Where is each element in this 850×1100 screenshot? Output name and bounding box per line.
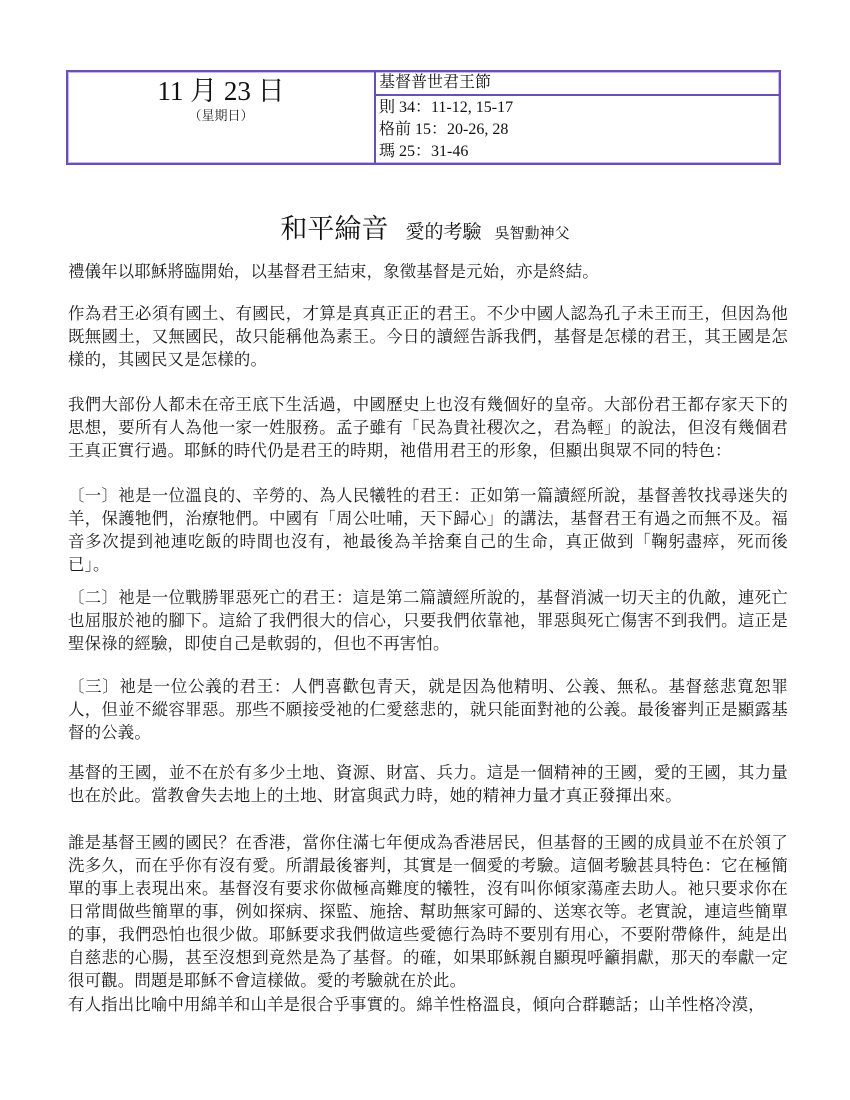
reading-gospel: 瑪 25：31-46 xyxy=(379,141,779,163)
paragraph-2-container: 作為君王必須有國土、有國民，才算是真真正正的君王。不少中國人認為孔子未王而王，但… xyxy=(68,302,788,371)
paragraph: 禮儀年以耶穌將臨開始，以基督君王結束，象徵基督是元始，亦是終結。 xyxy=(68,260,788,283)
paragraph-4-container: 〔一〕祂是一位溫良的、辛勞的、為人民犧牲的君王：正如第一篇讀經所說，基督善牧找尋… xyxy=(68,484,788,576)
paragraph-9-container: 有人指出比喻中用綿羊和山羊是很合乎事實的。綿羊性格溫良，傾向合群聽話；山羊性格冷… xyxy=(68,993,788,1016)
weekday: （星期日） xyxy=(68,108,374,126)
reading-first: 則 34：11-12, 15-17 xyxy=(379,97,779,119)
feast-name: 基督普世君王節 xyxy=(376,72,779,96)
paragraph: 我們大部份人都未在帝王底下生活過，中國歷史上也沒有幾個好的皇帝。大部份君王都存家… xyxy=(68,393,788,462)
column-title: 和平綸音 xyxy=(280,214,388,245)
article-title: 和平綸音 愛的考驗 吳智勳神父 xyxy=(0,207,850,246)
paragraph-6-container: 〔三〕祂是一位公義的君王：人們喜歡包青天，就是因為他精明、公義、無私。基督慈悲寬… xyxy=(68,675,788,744)
feast-readings-cell: 基督普世君王節 則 34：11-12, 15-17 格前 15：20-26, 2… xyxy=(376,72,779,163)
paragraph-5-container: 〔二〕祂是一位戰勝罪惡死亡的君王：這是第二篇讀經所說的，基督消滅一切天主的仇敵，… xyxy=(68,586,788,655)
paragraph-7-container: 基督的王國，並不在於有多少土地、資源、財富、兵力。這是一個精神的王國，愛的王國，… xyxy=(68,761,788,807)
paragraph-8-container: 誰是基督王國的國民？在香港，當你住滿七年便成為香港居民，但基督的王國的成員並不在… xyxy=(68,831,788,992)
liturgy-header-table: 11 月 23 日 （星期日） 基督普世君王節 則 34：11-12, 15-1… xyxy=(66,70,781,165)
author: 吳智勳神父 xyxy=(495,224,570,242)
paragraph: 誰是基督王國的國民？在香港，當你住滿七年便成為香港居民，但基督的王國的成員並不在… xyxy=(68,831,788,992)
date-cell: 11 月 23 日 （星期日） xyxy=(68,72,376,163)
reading-second: 格前 15：20-26, 28 xyxy=(379,119,779,141)
date: 11 月 23 日 xyxy=(68,76,374,106)
paragraph: 〔三〕祂是一位公義的君王：人們喜歡包青天，就是因為他精明、公義、無私。基督慈悲寬… xyxy=(68,675,788,744)
paragraph-3-container: 我們大部份人都未在帝王底下生活過，中國歷史上也沒有幾個好的皇帝。大部份君王都存家… xyxy=(68,393,788,462)
readings-list: 則 34：11-12, 15-17 格前 15：20-26, 28 瑪 25：3… xyxy=(376,96,779,163)
paragraph: 基督的王國，並不在於有多少土地、資源、財富、兵力。這是一個精神的王國，愛的王國，… xyxy=(68,761,788,807)
paragraph: 作為君王必須有國土、有國民，才算是真真正正的君王。不少中國人認為孔子未王而王，但… xyxy=(68,302,788,371)
paragraph: 有人指出比喻中用綿羊和山羊是很合乎事實的。綿羊性格溫良，傾向合群聽話；山羊性格冷… xyxy=(68,993,788,1016)
paragraph: 〔二〕祂是一位戰勝罪惡死亡的君王：這是第二篇讀經所說的，基督消滅一切天主的仇敵，… xyxy=(68,586,788,655)
paragraph: 〔一〕祂是一位溫良的、辛勞的、為人民犧牲的君王：正如第一篇讀經所說，基督善牧找尋… xyxy=(68,484,788,576)
paragraph-1-container: 禮儀年以耶穌將臨開始，以基督君王結束，象徵基督是元始，亦是終結。 xyxy=(68,260,788,283)
article-subtitle: 愛的考驗 xyxy=(405,221,481,243)
